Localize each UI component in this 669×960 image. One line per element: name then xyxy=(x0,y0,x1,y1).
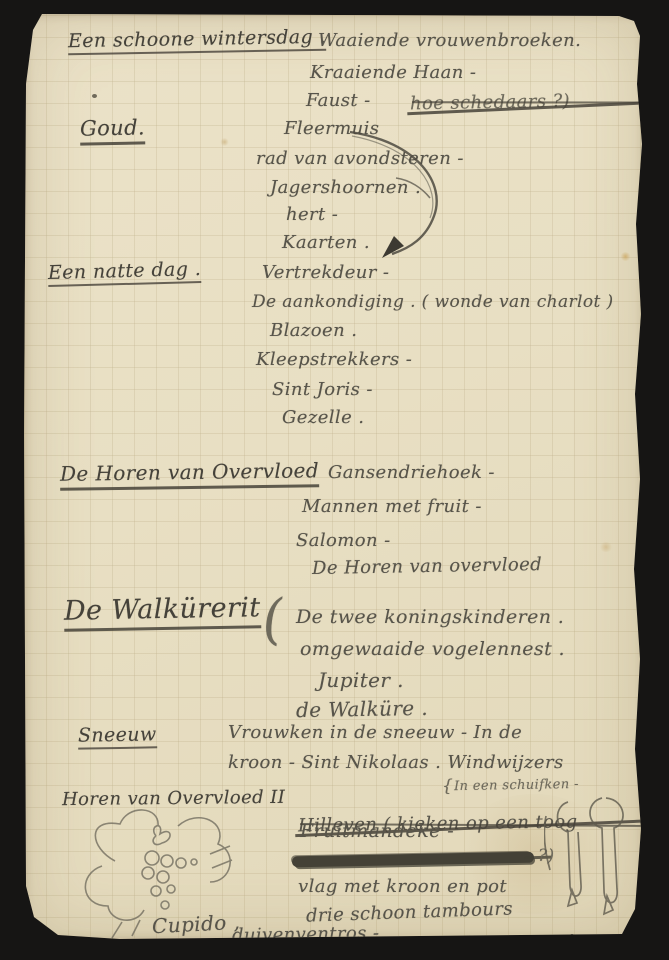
entry-blazoen: Blazoen . xyxy=(270,320,357,341)
entry-jupiter: Jupiter . xyxy=(318,668,404,692)
entry-vlag-met-kroon: vlag met kroon en pot xyxy=(298,876,507,897)
entry-twee-koningskinderen: De twee koningskinderen . xyxy=(296,606,564,628)
entry-omgewaaide-vogelennest: omgewaaide vogelennest . xyxy=(300,638,565,660)
entry-fruitmandeke: Fruitmandeke - xyxy=(300,820,454,842)
section-heading-goud: Goud. xyxy=(80,115,146,145)
curved-arrow-doodle xyxy=(340,118,465,268)
paper-speck xyxy=(92,94,97,98)
entry-kroon-sint-nikolaas: kroon - Sint Nikolaas . Windwijzers xyxy=(228,752,564,773)
entry-vertrekdeur: Vertrekdeur - xyxy=(262,262,389,283)
section-heading-wintersdag: Een schoone wintersdag . xyxy=(68,26,326,55)
paper-stain xyxy=(220,138,229,146)
section-heading-sneeuw: Sneeuw xyxy=(78,723,157,749)
entry-mannen-met-fruit: Mannen met fruit - xyxy=(302,496,482,517)
section-heading-natte-dag: Een natte dag . xyxy=(48,258,202,287)
scanned-document-photo: { "document": { "type": "handwritten-not… xyxy=(0,0,669,960)
entry-de-walkure: de Walküre . xyxy=(296,696,428,722)
entry-gansendriehoek: Gansendriehoek - xyxy=(328,462,495,483)
section-heading-horen-overvloed: De Horen van Overvloed xyxy=(60,458,319,491)
entry-aankondiging: De aankondiging . ( wonde van charlot ) xyxy=(252,292,614,312)
entry-salomon: Salomon - xyxy=(296,530,391,551)
notebook-page: Een schoone wintersdag . Waaiende vrouwe… xyxy=(24,14,644,940)
flower-grapes-sketch xyxy=(60,796,255,946)
entry-horen-van-overvloed: De Horen van overvloed xyxy=(312,554,542,579)
paper-stain xyxy=(599,542,613,552)
entry-hert: hert - xyxy=(286,204,338,225)
entry-faust: Faust - xyxy=(306,90,371,111)
opening-brace: ( xyxy=(260,587,286,651)
section-heading-walkurerit: De Walkürerit xyxy=(64,592,261,631)
entry-sint-joris: Sint Joris - xyxy=(272,379,373,400)
side-note-brace: { xyxy=(442,776,453,796)
paper-stain xyxy=(620,252,631,261)
entry-kleepstrekkers: Kleepstrekkers - xyxy=(256,349,412,370)
entry-kraaiende-haan: Kraaiende Haan - xyxy=(310,62,476,83)
entry-gezelle: Gezelle . xyxy=(282,407,364,428)
entry-waaiende-vrouwenbroeken: Waaiende vrouwenbroeken. xyxy=(318,30,581,51)
hanging-loops-sketch xyxy=(544,786,636,946)
entry-vrouwken-in-de-sneeuw: Vrouwken in de sneeuw - In de xyxy=(228,722,522,743)
